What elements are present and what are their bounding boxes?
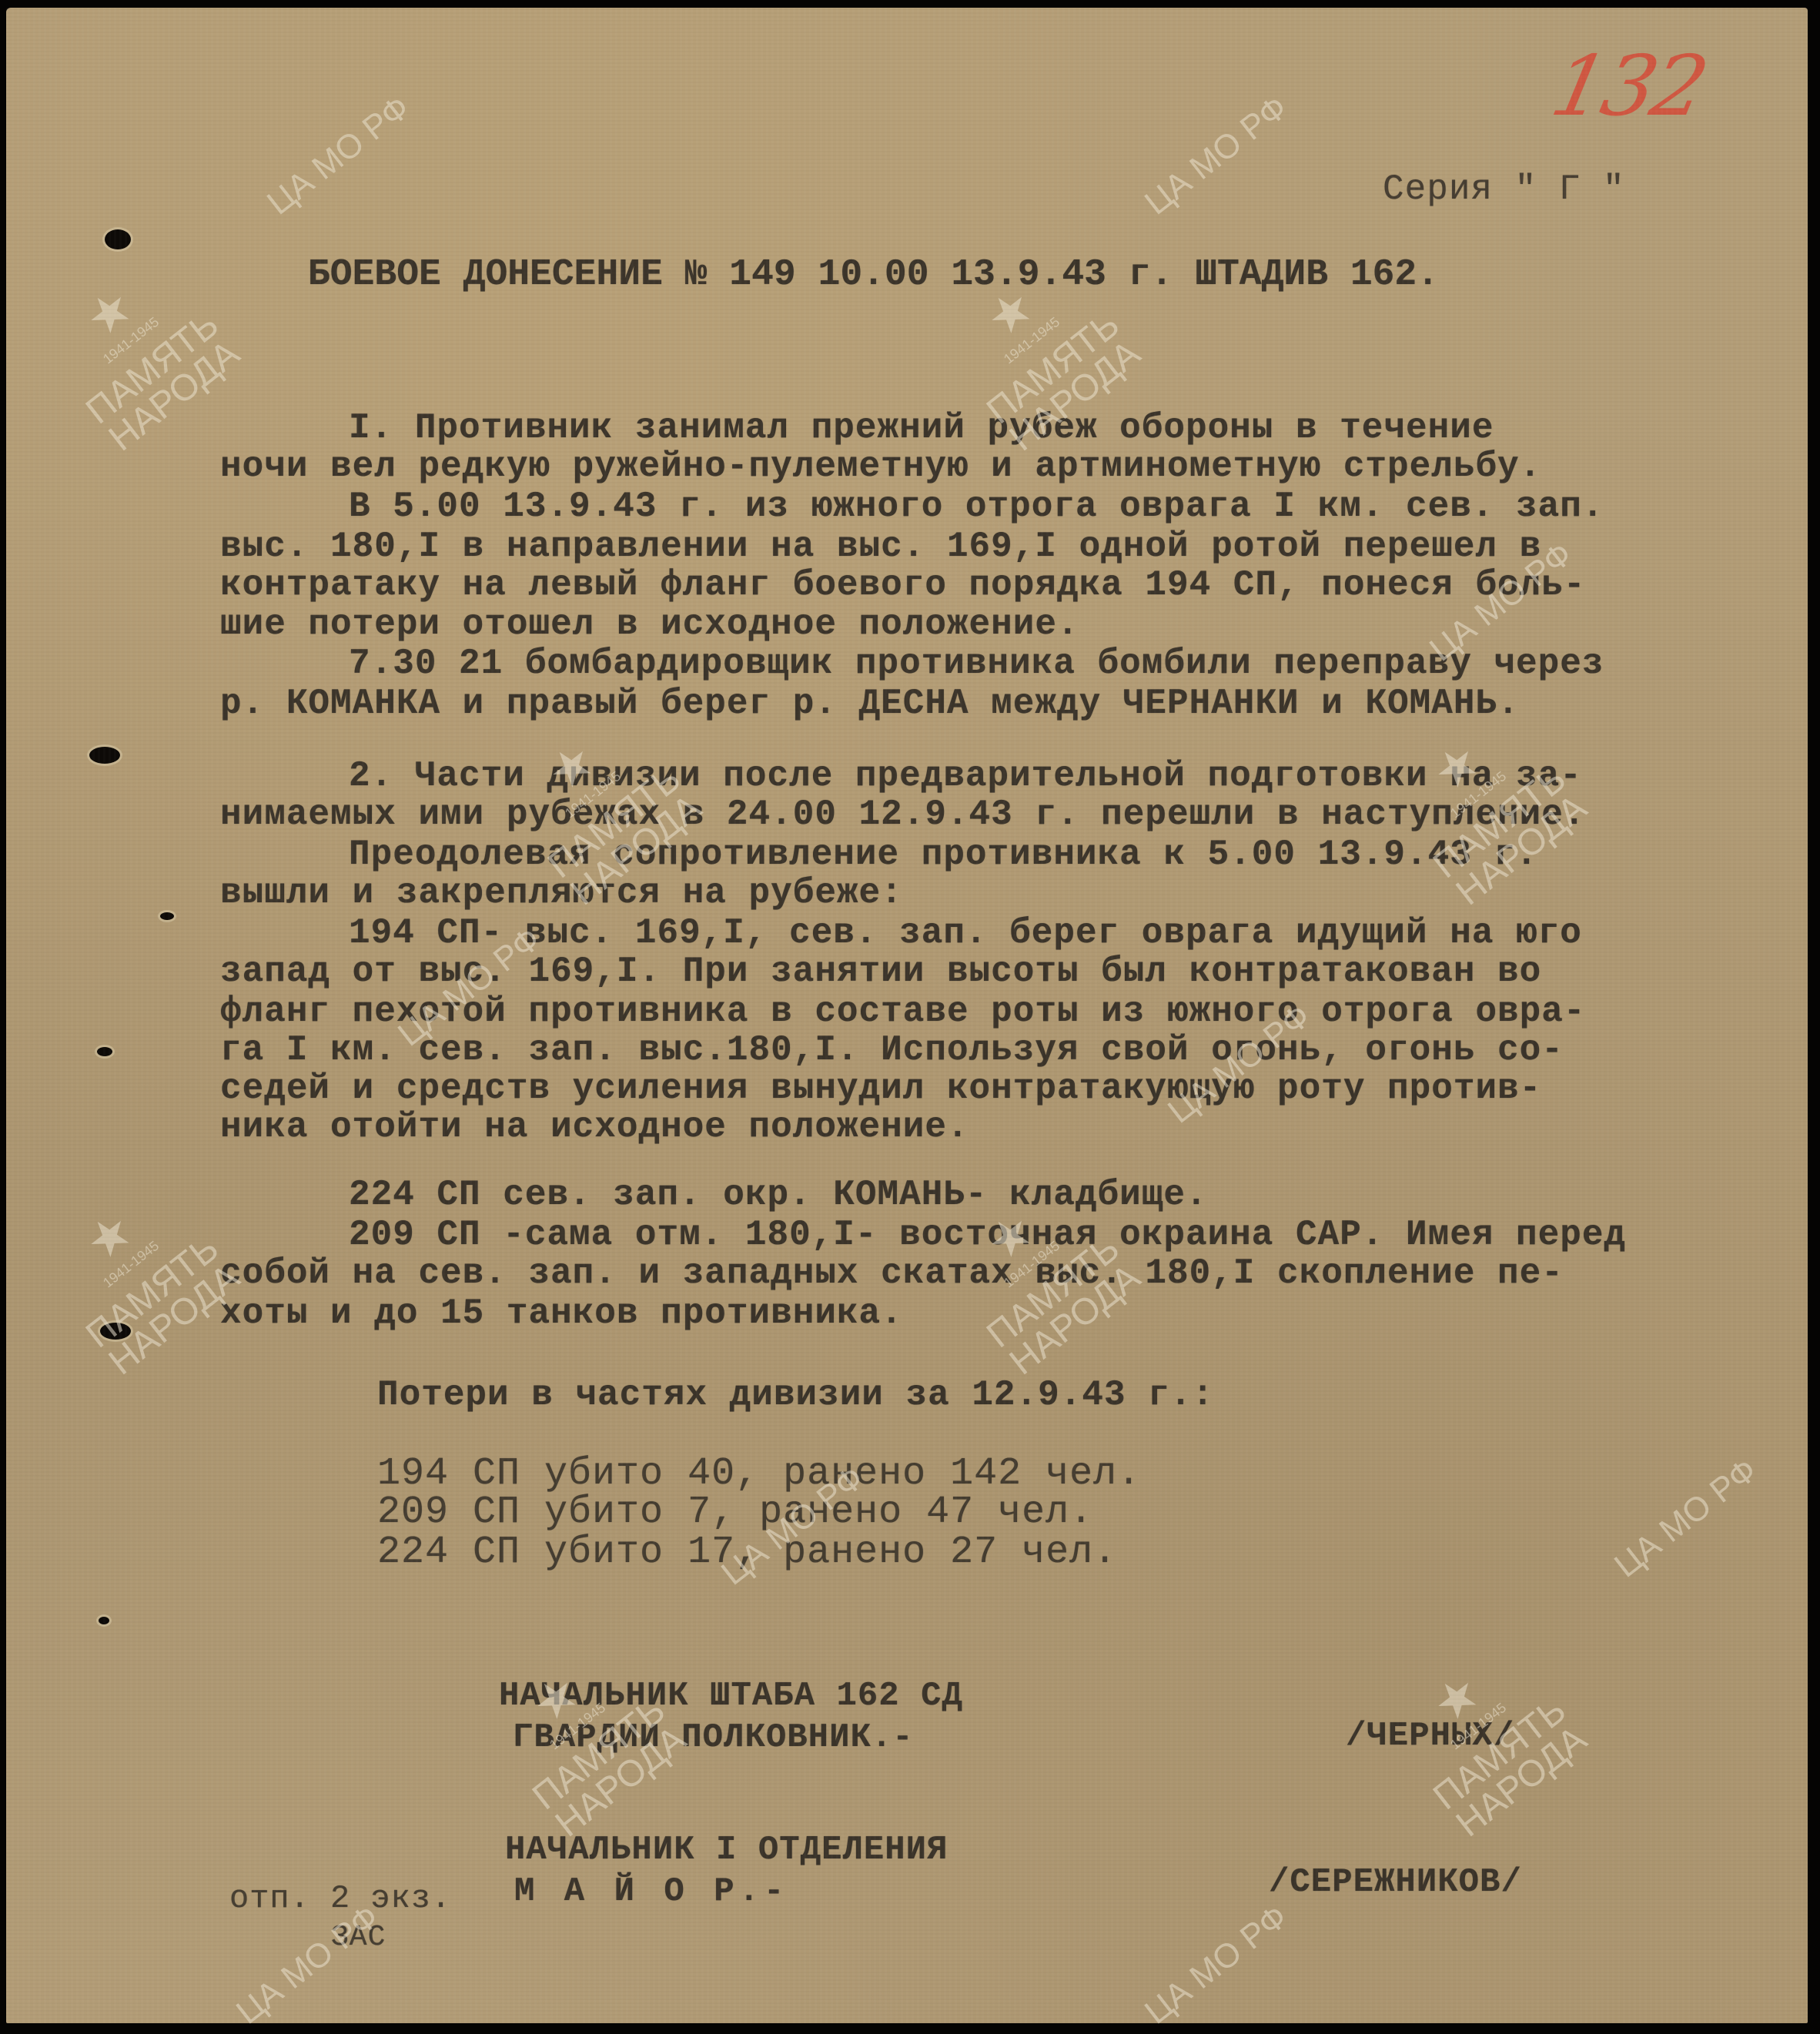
losses-heading: Потери в частях дивизии за 12.9.43 г.: [377, 1375, 1214, 1415]
binding-hole [99, 1617, 109, 1624]
signature-name: /СЕРЕЖНИКОВ/ [1269, 1863, 1522, 1902]
watermark-archive: ЦА МО РФ [229, 1898, 386, 2032]
text-line: вышли и закрепляются на рубеже: [220, 873, 903, 913]
binding-hole [89, 747, 120, 764]
text-line: фланг пехотой противника в составе роты … [220, 992, 1585, 1032]
watermark-project: ★ 1941-1945 ПАМЯТЬ НАРОДА [37, 1175, 246, 1382]
text-line: 194 СП- выс. 169,I, сев. зап. берег овра… [349, 913, 1582, 953]
text-line: га I км. сев. зап. выс.180,I. Используя … [220, 1030, 1564, 1070]
losses-row: 194 СП убито 40, ранено 142 чел. [377, 1452, 1141, 1496]
text-line: 224 СП сев. зап. окр. КОМАНЬ- кладбище. [349, 1175, 1208, 1215]
watermark-archive: ЦА МО РФ [1138, 1898, 1295, 2032]
binding-hole [97, 1047, 112, 1056]
star-icon: ★ [37, 1175, 181, 1299]
series-label: Серия " Г " [1383, 169, 1625, 209]
losses-row: 209 СП убито 7, ранено 47 чел. [377, 1490, 1093, 1534]
binding-hole [100, 1323, 131, 1340]
text-line: 7.30 21 бомбардировщик противника бомбил… [349, 644, 1604, 684]
text-line: ника отойти на исходное положение. [220, 1107, 969, 1147]
losses-row: 224 СП убито 17, ранено 27 чел. [377, 1531, 1117, 1574]
watermark-project: ★ 1941-1945 ПАМЯТЬ НАРОДА [37, 251, 246, 458]
text-line: I. Противник занимал прежний рубеж оборо… [349, 408, 1494, 448]
text-line: р. КОМАНКА и правый берег р. ДЕСНА между… [220, 684, 1520, 724]
document-page: 132 Серия " Г " БОЕВОЕ ДОНЕСЕНИЕ № 149 1… [6, 8, 1808, 2023]
page-number: 132 [1544, 38, 1714, 135]
text-line: 2. Части дивизии после предварительной п… [349, 756, 1582, 796]
signature-title: НАЧАЛЬНИК ШТАБА 162 СД [499, 1677, 963, 1715]
signature-rank: М А Й О Р.- [514, 1872, 788, 1911]
signature-title: НАЧАЛЬНИК I ОТДЕЛЕНИЯ [505, 1831, 948, 1869]
text-line: нимаемых ими рубежах в 24.00 12.9.43 г. … [220, 795, 1585, 835]
text-line: контратаку на левый фланг боевого порядк… [220, 565, 1585, 605]
typist-initials: ЗАС [331, 1921, 386, 1954]
text-line: шие потери отошел в исходное положение. [220, 604, 1079, 644]
watermark-archive: ЦА МО РФ [1608, 1451, 1765, 1586]
text-line: 209 СП -сама отм. 180,I- восточная окраи… [349, 1215, 1626, 1255]
signature-rank: ГВАРДИИ ПОЛКОВНИК.- [513, 1718, 914, 1757]
watermark-archive: ЦА МО РФ [260, 89, 417, 223]
star-icon: ★ [37, 251, 181, 375]
text-line: В 5.00 13.9.43 г. из южного отрога овраг… [349, 487, 1604, 527]
text-line: седей и средств усиления вынудил контрат… [220, 1069, 1541, 1109]
text-line: собой на сев. зап. и западных скатах выс… [220, 1253, 1564, 1293]
document-title: БОЕВОЕ ДОНЕСЕНИЕ № 149 10.00 13.9.43 г. … [308, 254, 1439, 296]
binding-hole [160, 912, 174, 920]
binding-hole [105, 229, 131, 249]
text-line: хоты и до 15 танков противника. [220, 1293, 903, 1333]
watermark-archive: ЦА МО РФ [1138, 89, 1295, 223]
copies-note: отп. 2 экз. [229, 1880, 451, 1917]
signature-name: /ЧЕРНЫХ/ [1346, 1717, 1514, 1755]
text-line: Преодолевая сопротивление противника к 5… [349, 835, 1538, 875]
text-line: выс. 180,I в направлении на выс. 169,I о… [220, 527, 1541, 567]
text-line: запад от выс. 169,I. При занятии высоты … [220, 952, 1541, 992]
text-line: ночи вел редкую ружейно-пулеметную и арт… [220, 447, 1541, 487]
